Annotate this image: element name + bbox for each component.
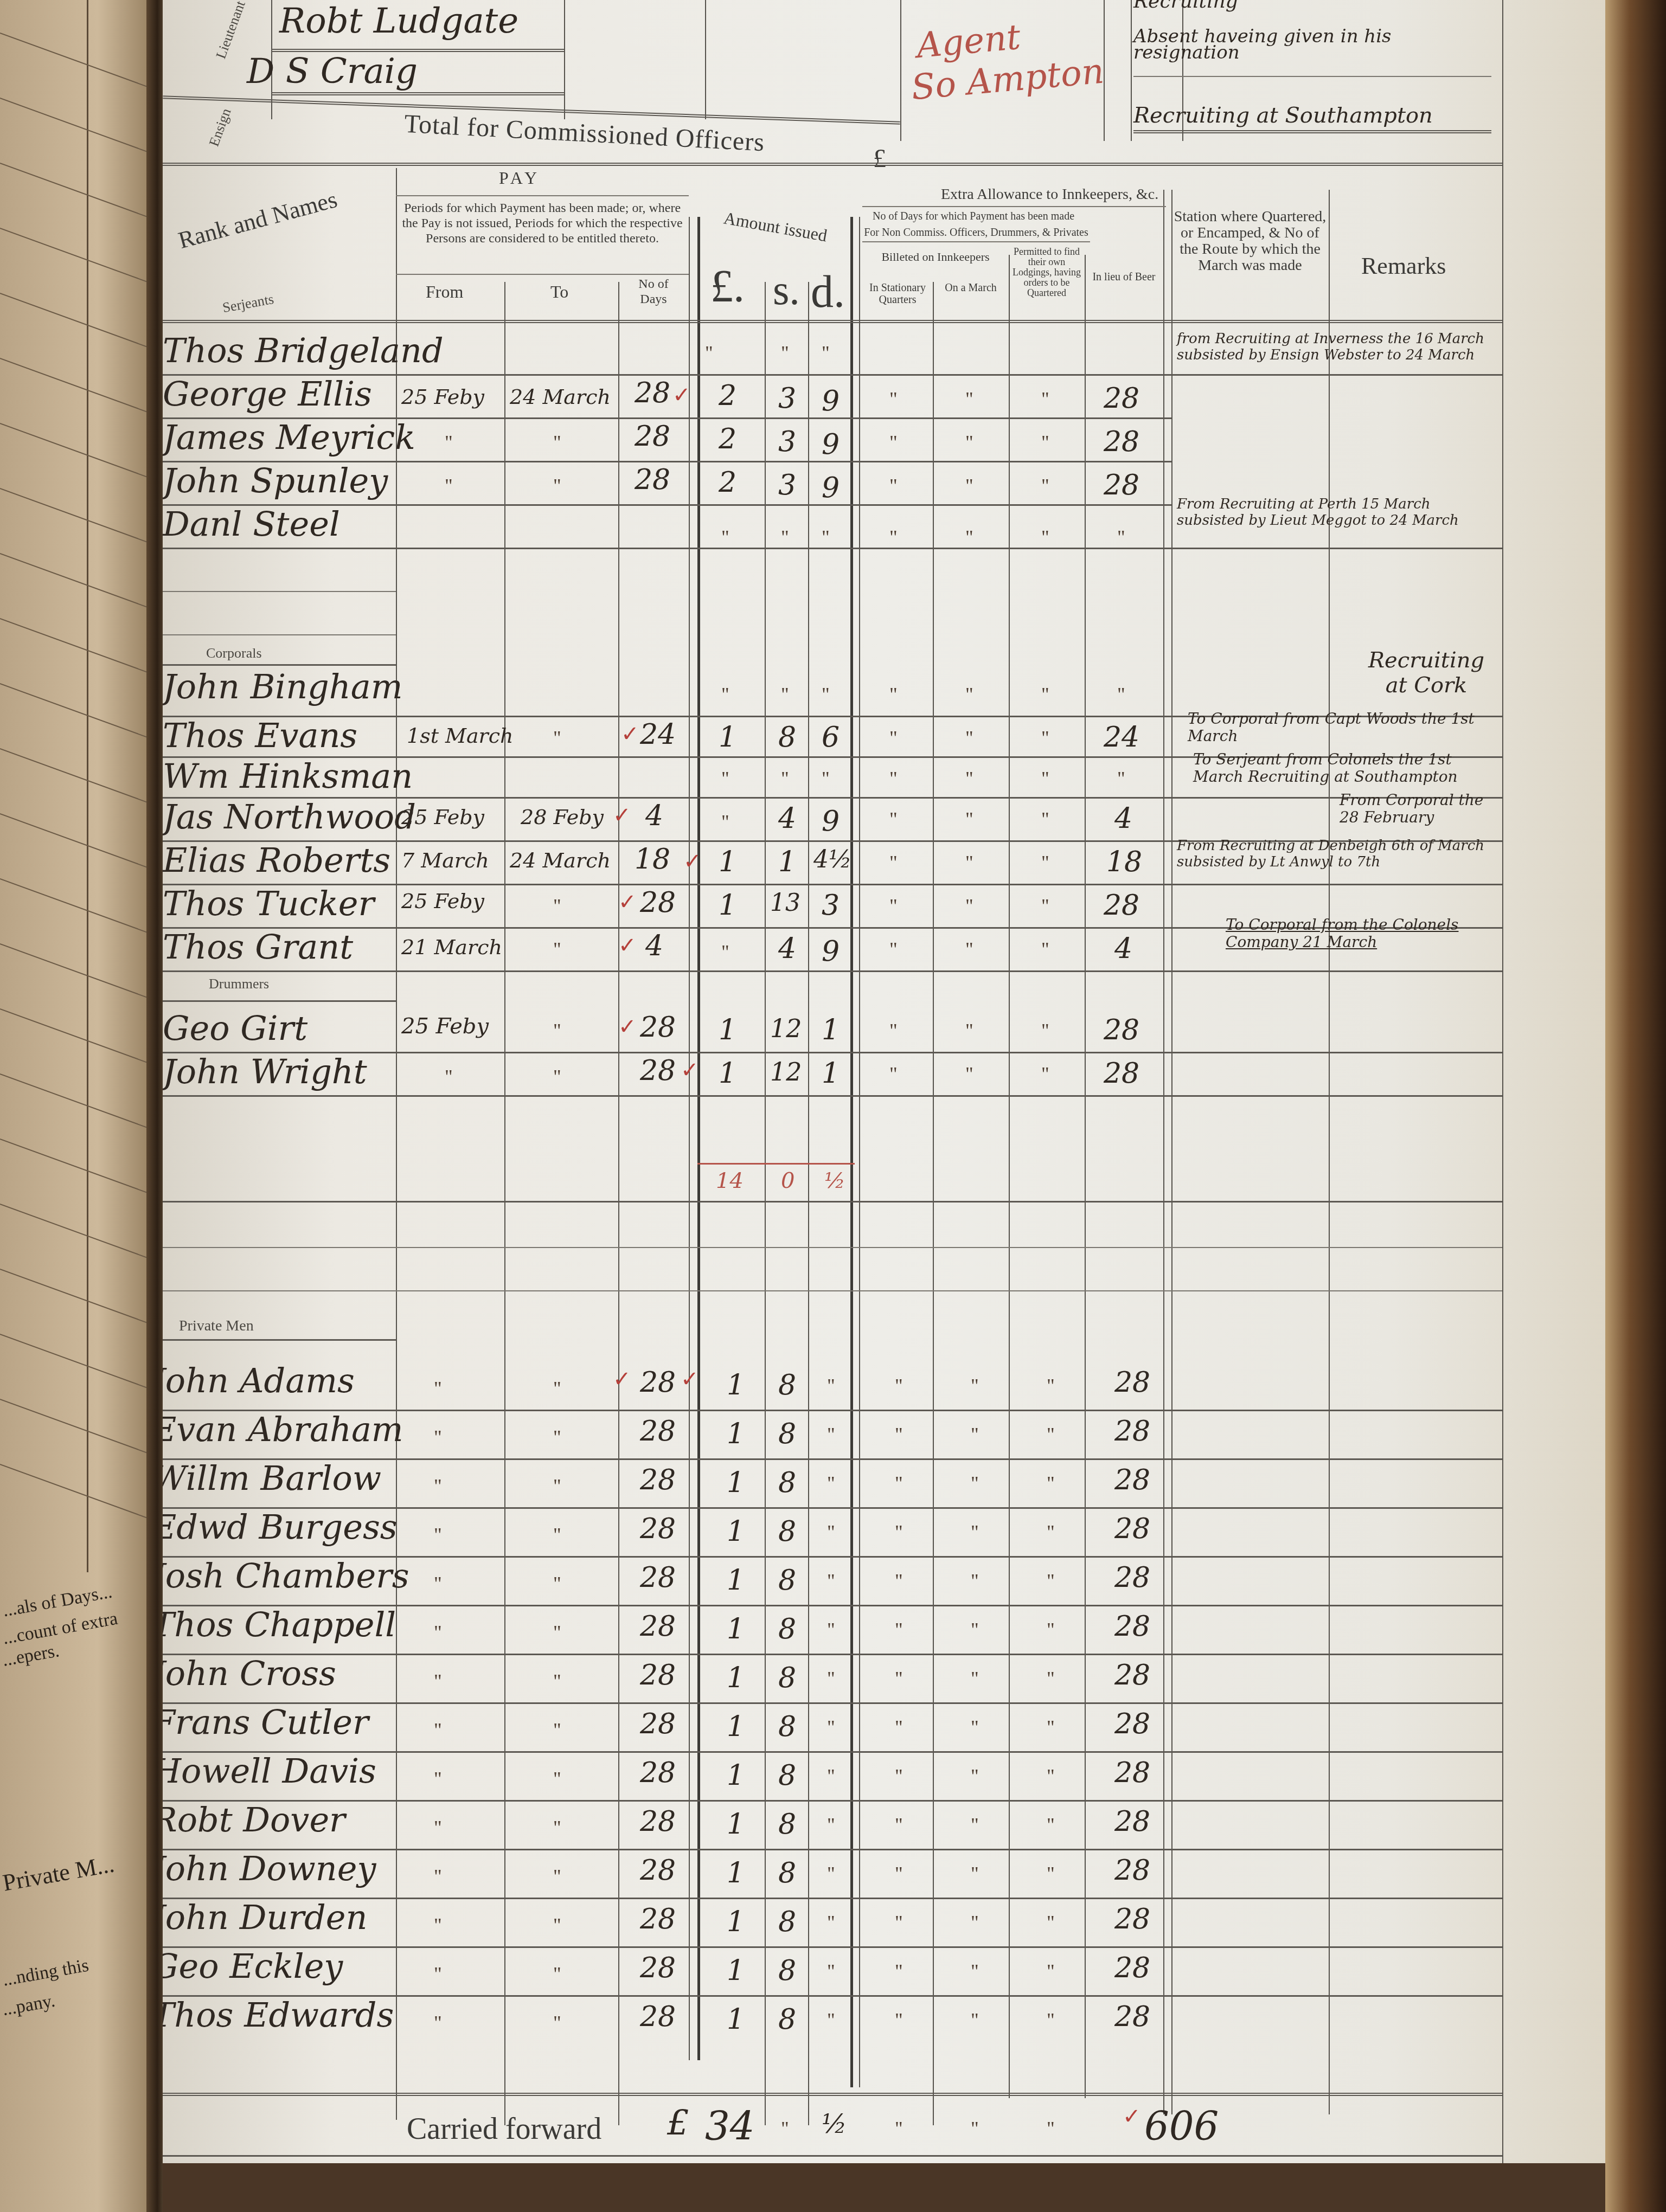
table-row: George Ellis 25 Feby 24 March 28 ✓ 2 3 9…	[163, 374, 1502, 417]
table-row: Thos Chappell " " 28 1 8 " " " " 28	[163, 1605, 1502, 1654]
header-to: To	[550, 282, 568, 301]
soldier-name: Geo Girt	[163, 1008, 307, 1048]
header-amount-issued: Amount issued	[704, 205, 847, 249]
book-binding-edge	[1605, 0, 1666, 2212]
soldier-name: Josh Chambers	[163, 1556, 409, 1596]
table-row: Jas Northwood 25 Feby 28 Feby ✓ 4 " 4 9 …	[163, 797, 1502, 840]
header-extra-allowance: Extra Allowance to Innkeepers, &c.	[941, 187, 1158, 202]
soldier-name: Frans Cutler	[163, 1702, 369, 1742]
soldier-name: Thos Edwards	[163, 1995, 394, 2035]
carried-forward-label: Carried forward	[407, 2112, 601, 2146]
rank-label-lieutenant: Lieutenant	[213, 0, 248, 61]
soldier-name: John Adams	[163, 1361, 355, 1400]
officer-remark-partial: Recruiting	[1133, 0, 1238, 12]
header-station: Station where Quartered, or Encamped, & …	[1171, 209, 1329, 274]
header-pay: PAY	[499, 168, 540, 188]
soldier-name: John Downey	[163, 1849, 376, 1888]
table-row: John Durden " " 28 1 8 " " " " 28	[163, 1898, 1502, 1946]
table-row: Geo Girt 25 Feby " ✓ 28 1 12 1 " " " 28	[163, 1008, 1502, 1052]
header-billeted: Billeted on Innkeepers	[862, 249, 1009, 265]
check-mark: ✓	[621, 721, 639, 747]
soldier-name: Thos Bridgeland	[163, 331, 444, 370]
table-row: Geo Eckley " " 28 1 8 " " " " 28	[163, 1946, 1502, 1995]
officer-remark: Recruiting at Southampton	[1133, 103, 1433, 128]
rank-label-ensign: Ensign	[206, 106, 235, 149]
table-row: Edwd Burgess " " 28 1 8 " " " " 28	[163, 1507, 1502, 1556]
soldier-name: James Meyrick	[163, 417, 415, 457]
check-mark: ✓	[1123, 2104, 1141, 2129]
section-label-privates: Private Men	[179, 1317, 254, 1335]
officer-name: D S Craig	[247, 52, 418, 92]
table-row: Wm Hinksman " " " " " " " To Serjeant fr…	[163, 756, 1502, 797]
carried-forward-currency: £	[667, 2104, 689, 2144]
subtotal-pounds: 14	[716, 1168, 744, 1193]
check-mark: ✓	[681, 1057, 699, 1083]
soldier-name: Thos Evans	[163, 716, 357, 755]
table-row: Willm Barlow " " 28 1 8 " " " " 28	[163, 1458, 1502, 1507]
header-on-march: On a March	[933, 282, 1009, 294]
carried-forward-pence: ½	[822, 2109, 847, 2139]
header-days-paid: No of Days for which Payment has been ma…	[862, 209, 1085, 224]
soldier-name: Danl Steel	[163, 504, 340, 544]
soldier-name: Thos Grant	[163, 927, 353, 967]
header-from: From	[426, 282, 463, 301]
currency-symbol: £	[873, 144, 887, 173]
check-mark: ✓	[613, 1366, 631, 1392]
remark-text: From Recruiting at Denbeigh 6th of March…	[1177, 838, 1497, 870]
soldier-name: John Spunley	[163, 461, 388, 500]
left-page-edge: ...als of Days... ...count of extra ...e…	[0, 0, 163, 2212]
check-mark: ✓	[613, 802, 631, 828]
remark-text: To Corporal from Capt Woods the 1st Marc…	[1188, 710, 1491, 745]
header-permitted: Permitted to find their own Lodgings, ha…	[1009, 247, 1085, 298]
table-row: Thos Bridgeland " " " from Recruiting at…	[163, 331, 1502, 374]
table-row: Thos Grant 21 March " ✓ 4 " 4 9 " " " 4 …	[163, 927, 1502, 970]
remark-text: To Corporal from the Colonels Company 21…	[1226, 916, 1497, 951]
header-pence: d.	[811, 266, 845, 318]
header-in-lieu: In lieu of Beer	[1085, 271, 1163, 283]
check-mark: ✓	[683, 848, 702, 874]
header-pounds: £.	[710, 260, 745, 313]
soldier-name: Thos Chappell	[163, 1605, 396, 1644]
table-row: John Wright " " 28 ✓ 1 12 1 " " " 28	[163, 1052, 1502, 1095]
subtotal-shillings: 0	[781, 1168, 794, 1193]
soldier-name: George Ellis	[163, 374, 372, 414]
table-row: Josh Chambers " " 28 1 8 " " " " 28	[163, 1556, 1502, 1605]
table-row: James Meyrick " " 28 2 3 9 " " " 28	[163, 417, 1502, 461]
soldier-name: Edwd Burgess	[163, 1507, 398, 1547]
soldier-name: Wm Hinksman	[163, 756, 413, 796]
check-mark: ✓	[681, 1366, 699, 1392]
table-row: Evan Abraham " " 28 1 8 " " " " 28	[163, 1410, 1502, 1458]
header-stationary: In Stationary Quarters	[862, 282, 933, 306]
soldier-name: Evan Abraham	[163, 1410, 403, 1449]
muster-roll-page: Lieutenant Ensign Robt Ludgate D S Craig…	[163, 0, 1605, 2163]
check-mark: ✓	[618, 933, 637, 958]
soldier-name: Jas Northwood	[163, 797, 416, 837]
table-row: Frans Cutler " " 28 1 8 " " " " 28	[163, 1702, 1502, 1751]
header-remarks: Remarks	[1361, 252, 1446, 280]
check-mark: ✓	[618, 1014, 637, 1039]
remark-text: from Recruiting at Inverness the 16 Marc…	[1177, 331, 1491, 363]
soldier-name: Willm Barlow	[163, 1458, 381, 1498]
table-row: Elias Roberts 7 March 24 March 18 ✓ 1 1 …	[163, 840, 1502, 884]
soldier-name: John Bingham	[163, 667, 402, 706]
section-label-drummers: Drummers	[209, 976, 269, 992]
section-label-serjeants: Serjeants	[221, 291, 275, 316]
left-page-fragment: Private M...	[1, 1850, 116, 1896]
carried-forward-beer-total: 606	[1144, 2104, 1219, 2149]
soldier-name: Geo Eckley	[163, 1946, 343, 1986]
remark-text: To Serjeant from Colonels the 1st March …	[1193, 751, 1491, 786]
soldier-name: Thos Tucker	[163, 884, 374, 923]
soldier-name: Howell Davis	[163, 1751, 376, 1791]
carried-forward-shillings: "	[781, 2117, 789, 2140]
soldier-name: Robt Dover	[163, 1800, 345, 1840]
soldier-name: Elias Roberts	[163, 840, 390, 880]
table-surface	[163, 2163, 1605, 2212]
soldier-name: John Durden	[163, 1898, 367, 1937]
carried-forward-pounds: 34	[705, 2104, 755, 2149]
check-mark: ✓	[672, 382, 691, 408]
subtotal-pence: ½	[824, 1168, 845, 1193]
left-page-fragment: ...pany.	[1, 1991, 56, 2020]
header-rank-and-names: Rank and Names	[176, 185, 341, 254]
table-row: John Cross " " 28 1 8 " " " " 28	[163, 1654, 1502, 1702]
soldier-name: John Wright	[163, 1052, 367, 1091]
header-periods: Periods for which Payment has been made;…	[399, 201, 686, 246]
left-page-fragment: ...nding this	[1, 1955, 91, 1990]
officer-remark: Absent haveing given in his resignation	[1133, 28, 1491, 61]
header-non-commiss: For Non Commiss. Officers, Drummers, & P…	[862, 225, 1090, 240]
station-text: Recruiting at Cork	[1356, 648, 1497, 698]
table-row: Thos Edwards " " 28 1 8 " " " " 28	[163, 1995, 1502, 2044]
table-row: John Adams " " ✓ 28 ✓ 1 8 " " " " 28	[163, 1361, 1502, 1410]
table-row: John Bingham " " " " " " " Recruiting at…	[163, 672, 1502, 713]
table-row: Robt Dover " " 28 1 8 " " " " 28	[163, 1800, 1502, 1849]
left-page-rule	[87, 0, 88, 1572]
section-label-corporals: Corporals	[206, 645, 262, 661]
header-no-of-days: No of Days	[624, 276, 683, 307]
header-shillings: s.	[773, 266, 800, 314]
remark-text: From Recruiting at Perth 15 March subsis…	[1177, 496, 1491, 529]
check-mark: ✓	[618, 889, 637, 915]
soldier-name: John Cross	[163, 1654, 336, 1693]
table-row: John Downey " " 28 1 8 " " " " 28	[163, 1849, 1502, 1898]
red-note-agent: Agent	[915, 17, 1022, 66]
officer-name: Robt Ludgate	[279, 1, 518, 41]
table-row: Danl Steel " " " " " " " From Recruiting…	[163, 504, 1502, 548]
privates-section: John Adams " " ✓ 28 ✓ 1 8 " " " " 28 Eva…	[163, 1361, 1502, 2082]
remark-text: From Corporal the 28 February	[1340, 792, 1491, 826]
table-row: Howell Davis " " 28 1 8 " " " " 28	[163, 1751, 1502, 1800]
